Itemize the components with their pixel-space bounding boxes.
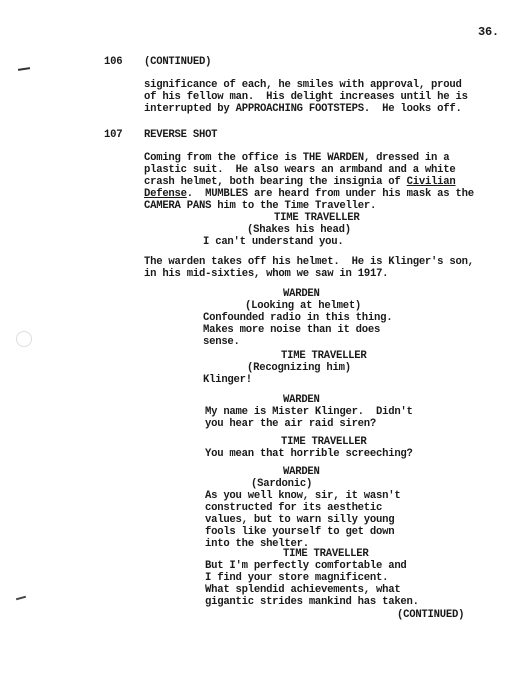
scene-number-106: 106 — [104, 56, 122, 68]
character-name: WARDEN — [283, 394, 320, 406]
parenthetical: (Sardonic) — [251, 478, 312, 490]
character-name: TIME TRAVELLER — [283, 548, 369, 560]
dialogue-line: My name is Mister Klinger. Didn't — [205, 406, 413, 418]
action-line: interrupted by APPROACHING FOOTSTEPS. He… — [144, 103, 462, 115]
underlined-text: Defense — [144, 188, 187, 200]
dialogue-line: you hear the air raid siren? — [205, 418, 376, 430]
action-line: of his fellow man. His delight increases… — [144, 91, 468, 103]
action-line: CAMERA PANS him to the Time Traveller. — [144, 200, 376, 212]
action-line: significance of each, he smiles with app… — [144, 79, 462, 91]
script-page: 36. 106 (CONTINUED) significance of each… — [0, 0, 528, 683]
action-line: Coming from the office is THE WARDEN, dr… — [144, 152, 449, 164]
dialogue-line: Confounded radio in this thing. — [203, 312, 392, 324]
dialogue-line: constructed for its aesthetic — [205, 502, 382, 514]
margin-mark-top — [18, 67, 30, 71]
page-number: 36. — [478, 26, 499, 38]
action-line: Defense. MUMBLES are heard from under hi… — [144, 188, 474, 200]
dialogue-line: sense. — [203, 336, 240, 348]
dialogue-line: Klinger! — [203, 374, 252, 386]
dialogue-line: values, but to warn silly young — [205, 514, 394, 526]
action-line: in his mid-sixties, whom we saw in 1917. — [144, 268, 388, 280]
dialogue-line: As you well know, sir, it wasn't — [205, 490, 400, 502]
action-line: crash helmet, both bearing the insignia … — [144, 176, 455, 188]
character-name: WARDEN — [283, 466, 320, 478]
dialogue-line: But I'm perfectly comfortable and — [205, 560, 407, 572]
character-name: WARDEN — [283, 288, 320, 300]
action-line: The warden takes off his helmet. He is K… — [144, 256, 474, 268]
dialogue-line: Makes more noise than it does — [203, 324, 380, 336]
dialogue-line: I can't understand you. — [203, 236, 343, 248]
parenthetical: (Recognizing him) — [247, 362, 351, 374]
character-name: TIME TRAVELLER — [281, 350, 367, 362]
dialogue-line: You mean that horrible screeching? — [205, 448, 413, 460]
continued-footer: (CONTINUED) — [397, 609, 464, 621]
punch-hole-mark — [16, 331, 32, 347]
character-name: TIME TRAVELLER — [274, 212, 360, 224]
dialogue-line: gigantic strides mankind has taken. — [205, 596, 419, 608]
action-line: plastic suit. He also wears an armband a… — [144, 164, 455, 176]
scene-number-107: 107 — [104, 129, 122, 141]
parenthetical: (Looking at helmet) — [245, 300, 361, 312]
dialogue-line: fools like yourself to get down — [205, 526, 394, 538]
character-name: TIME TRAVELLER — [281, 436, 367, 448]
action-text: . MUMBLES are heard from under his mask … — [187, 188, 474, 200]
scene-heading-107: REVERSE SHOT — [144, 129, 217, 141]
dialogue-line: What splendid achievements, what — [205, 584, 400, 596]
parenthetical: (Shakes his head) — [247, 224, 351, 236]
dialogue-line: I find your store magnificent. — [205, 572, 388, 584]
underlined-text: Civilian — [407, 176, 456, 188]
scene-heading-106: (CONTINUED) — [144, 56, 211, 68]
action-text: crash helmet, both bearing the insignia … — [144, 176, 407, 188]
margin-mark-bottom — [16, 596, 26, 601]
